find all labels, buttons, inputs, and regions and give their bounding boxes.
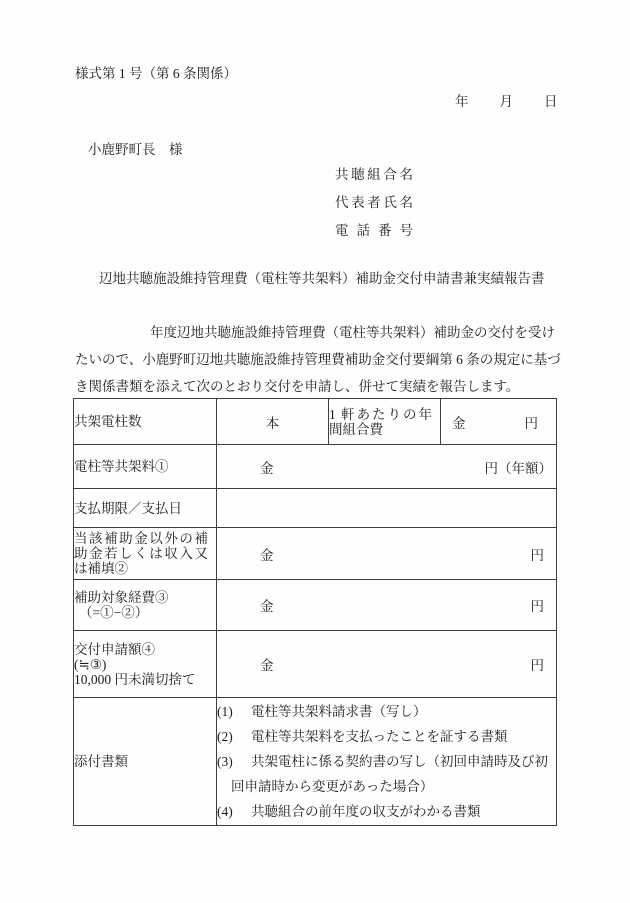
attachment-item-continuation: 回申請時から変更があった場合） [217,774,556,799]
row-label-pole-attachment-fee: 電柱等共架料① [74,445,217,489]
table-row: 電柱等共架料① 金 円（年額） [74,445,557,489]
attachment-item-text: 電柱等共架料を支払ったことを証する書類 [251,724,508,749]
annual-fee-label-cell: 1 軒あたりの年 間組合費 [329,399,441,445]
row-label-application-amount: 交付申請額④ (≒③) 10,000 円未満切捨て [74,631,217,698]
pole-count-unit-cell: 本 [217,399,329,445]
document-title: 辺地共聴施設維持管理費（電柱等共架料）補助金交付申請書兼実績報告書 [99,270,545,288]
amount-suffix-yen: 円 [531,654,545,674]
table-row: 交付申請額④ (≒③) 10,000 円未満切捨て 金 円 [74,631,557,698]
annual-fee-label-line: 間組合費 [329,422,440,437]
amount-suffix-yen: 円 [531,544,545,564]
annual-fee-amount-cell: 金 円 [441,399,557,445]
attachments-list-cell: (1) 電柱等共架料請求書（写し） (2) 電柱等共架料を支払ったことを証する書… [217,698,557,826]
label-line: (≒③) [74,657,216,672]
table-row: 支払期限／支払日 [74,489,557,528]
amount-prefix-yen-kin: 金 [260,544,274,564]
row-label-pole-count: 共架電柱数 [74,399,217,445]
attachment-item: (3) 共架電柱に係る契約書の写し（初回申請時及び初 [217,749,556,774]
amount-prefix-yen-kin: 金 [260,654,274,674]
amount-suffix-yen-annual: 円（年額） [485,457,553,477]
document-page: 様式第 1 号（第 6 条関係） 年 月 日 小鹿野町長 様 共聴組合名 代表者… [0,0,630,903]
attachment-item-text: 電柱等共架料請求書（写し） [251,699,427,724]
application-table: 共架電柱数 本 1 軒あたりの年 間組合費 金 円 電柱等共架料① 金 円（年額… [73,398,557,826]
attachment-item: (2) 電柱等共架料を支払ったことを証する書類 [217,724,556,749]
row-label-payment-due-date: 支払期限／支払日 [74,489,217,528]
signature-field-phone: 電話番号 [335,224,413,238]
amount-prefix-yen-kin: 金 [452,412,466,432]
application-amount-cell: 金 円 [217,631,557,698]
date-year-label: 年 [455,93,469,111]
row-label-other-subsidy-income: 当該補助金以外の補 助金若しくは収入又 は補填② [74,528,217,580]
row-label-eligible-expenses: 補助対象経費③ （=①−②） [74,580,217,631]
attachment-item-number: (1) [217,699,251,724]
addressee: 小鹿野町長 様 [88,141,183,159]
table-row: 補助対象経費③ （=①−②） 金 円 [74,580,557,631]
attachment-item-text: 共架電柱に係る契約書の写し（初回申請時及び初 [251,749,548,774]
pole-attachment-fee-amount-cell: 金 円（年額） [217,445,557,489]
table-row: 当該補助金以外の補 助金若しくは収入又 は補填② 金 円 [74,528,557,580]
attachment-item-number: (3) [217,749,251,774]
body-paragraph: 年度辺地共聴施設維持管理費（電柱等共架料）補助金の交付を受け たいので、小鹿野町… [75,319,557,400]
attachment-item-text: 回申請時から変更があった場合） [231,774,433,799]
payment-due-date-value-cell [217,489,557,528]
amount-suffix-yen: 円 [531,595,545,615]
annual-fee-label-line: 1 軒あたりの年 [329,407,432,422]
other-subsidy-amount-cell: 金 円 [217,528,557,580]
eligible-expenses-amount-cell: 金 円 [217,580,557,631]
label-line: （=①−②） [74,605,216,620]
label-line: 10,000 円未満切捨て [74,672,216,687]
signature-field-union-name: 共聴組合名 [335,168,413,182]
attachment-item-number: (4) [217,799,251,824]
label-line: 交付申請額④ [74,642,216,657]
signature-field-representative: 代表者氏名 [335,196,413,210]
date-month-label: 月 [500,93,514,111]
attachment-item-number: (2) [217,724,251,749]
table-row: 添付書類 (1) 電柱等共架料請求書（写し） (2) 電柱等共架料を支払ったこと… [74,698,557,826]
signature-block: 共聴組合名 代表者氏名 電話番号 [335,168,413,252]
date-day-label: 日 [544,93,558,111]
form-number: 様式第 1 号（第 6 条関係） [75,65,237,83]
amount-prefix-yen-kin: 金 [260,595,274,615]
amount-prefix-yen-kin: 金 [260,457,274,477]
label-line: 当該補助金以外の補 [74,531,208,546]
attachment-item-text: 共聴組合の前年度の収支がわかる書類 [251,799,481,824]
row-label-attachments: 添付書類 [74,698,217,826]
date-line: 年 月 日 [455,93,558,111]
amount-suffix-yen: 円 [525,412,539,432]
table-row: 共架電柱数 本 1 軒あたりの年 間組合費 金 円 [74,399,557,445]
attachment-item: (4) 共聴組合の前年度の収支がわかる書類 [217,799,556,824]
label-line: は補填② [74,561,216,576]
attachment-item: (1) 電柱等共架料請求書（写し） [217,699,556,724]
label-line: 補助対象経費③ [74,590,216,605]
body-line: き関係書類を添えて次のとおり交付を申請し、併せて実績を報告します。 [75,373,557,400]
body-line: 年度辺地共聴施設維持管理費（電柱等共架料）補助金の交付を受け [75,319,557,346]
label-line: 助金若しくは収入又 [74,546,208,561]
body-line: たいので、小鹿野町辺地共聴施設維持管理費補助金交付要綱第 6 条の規定に基づ [75,346,557,373]
